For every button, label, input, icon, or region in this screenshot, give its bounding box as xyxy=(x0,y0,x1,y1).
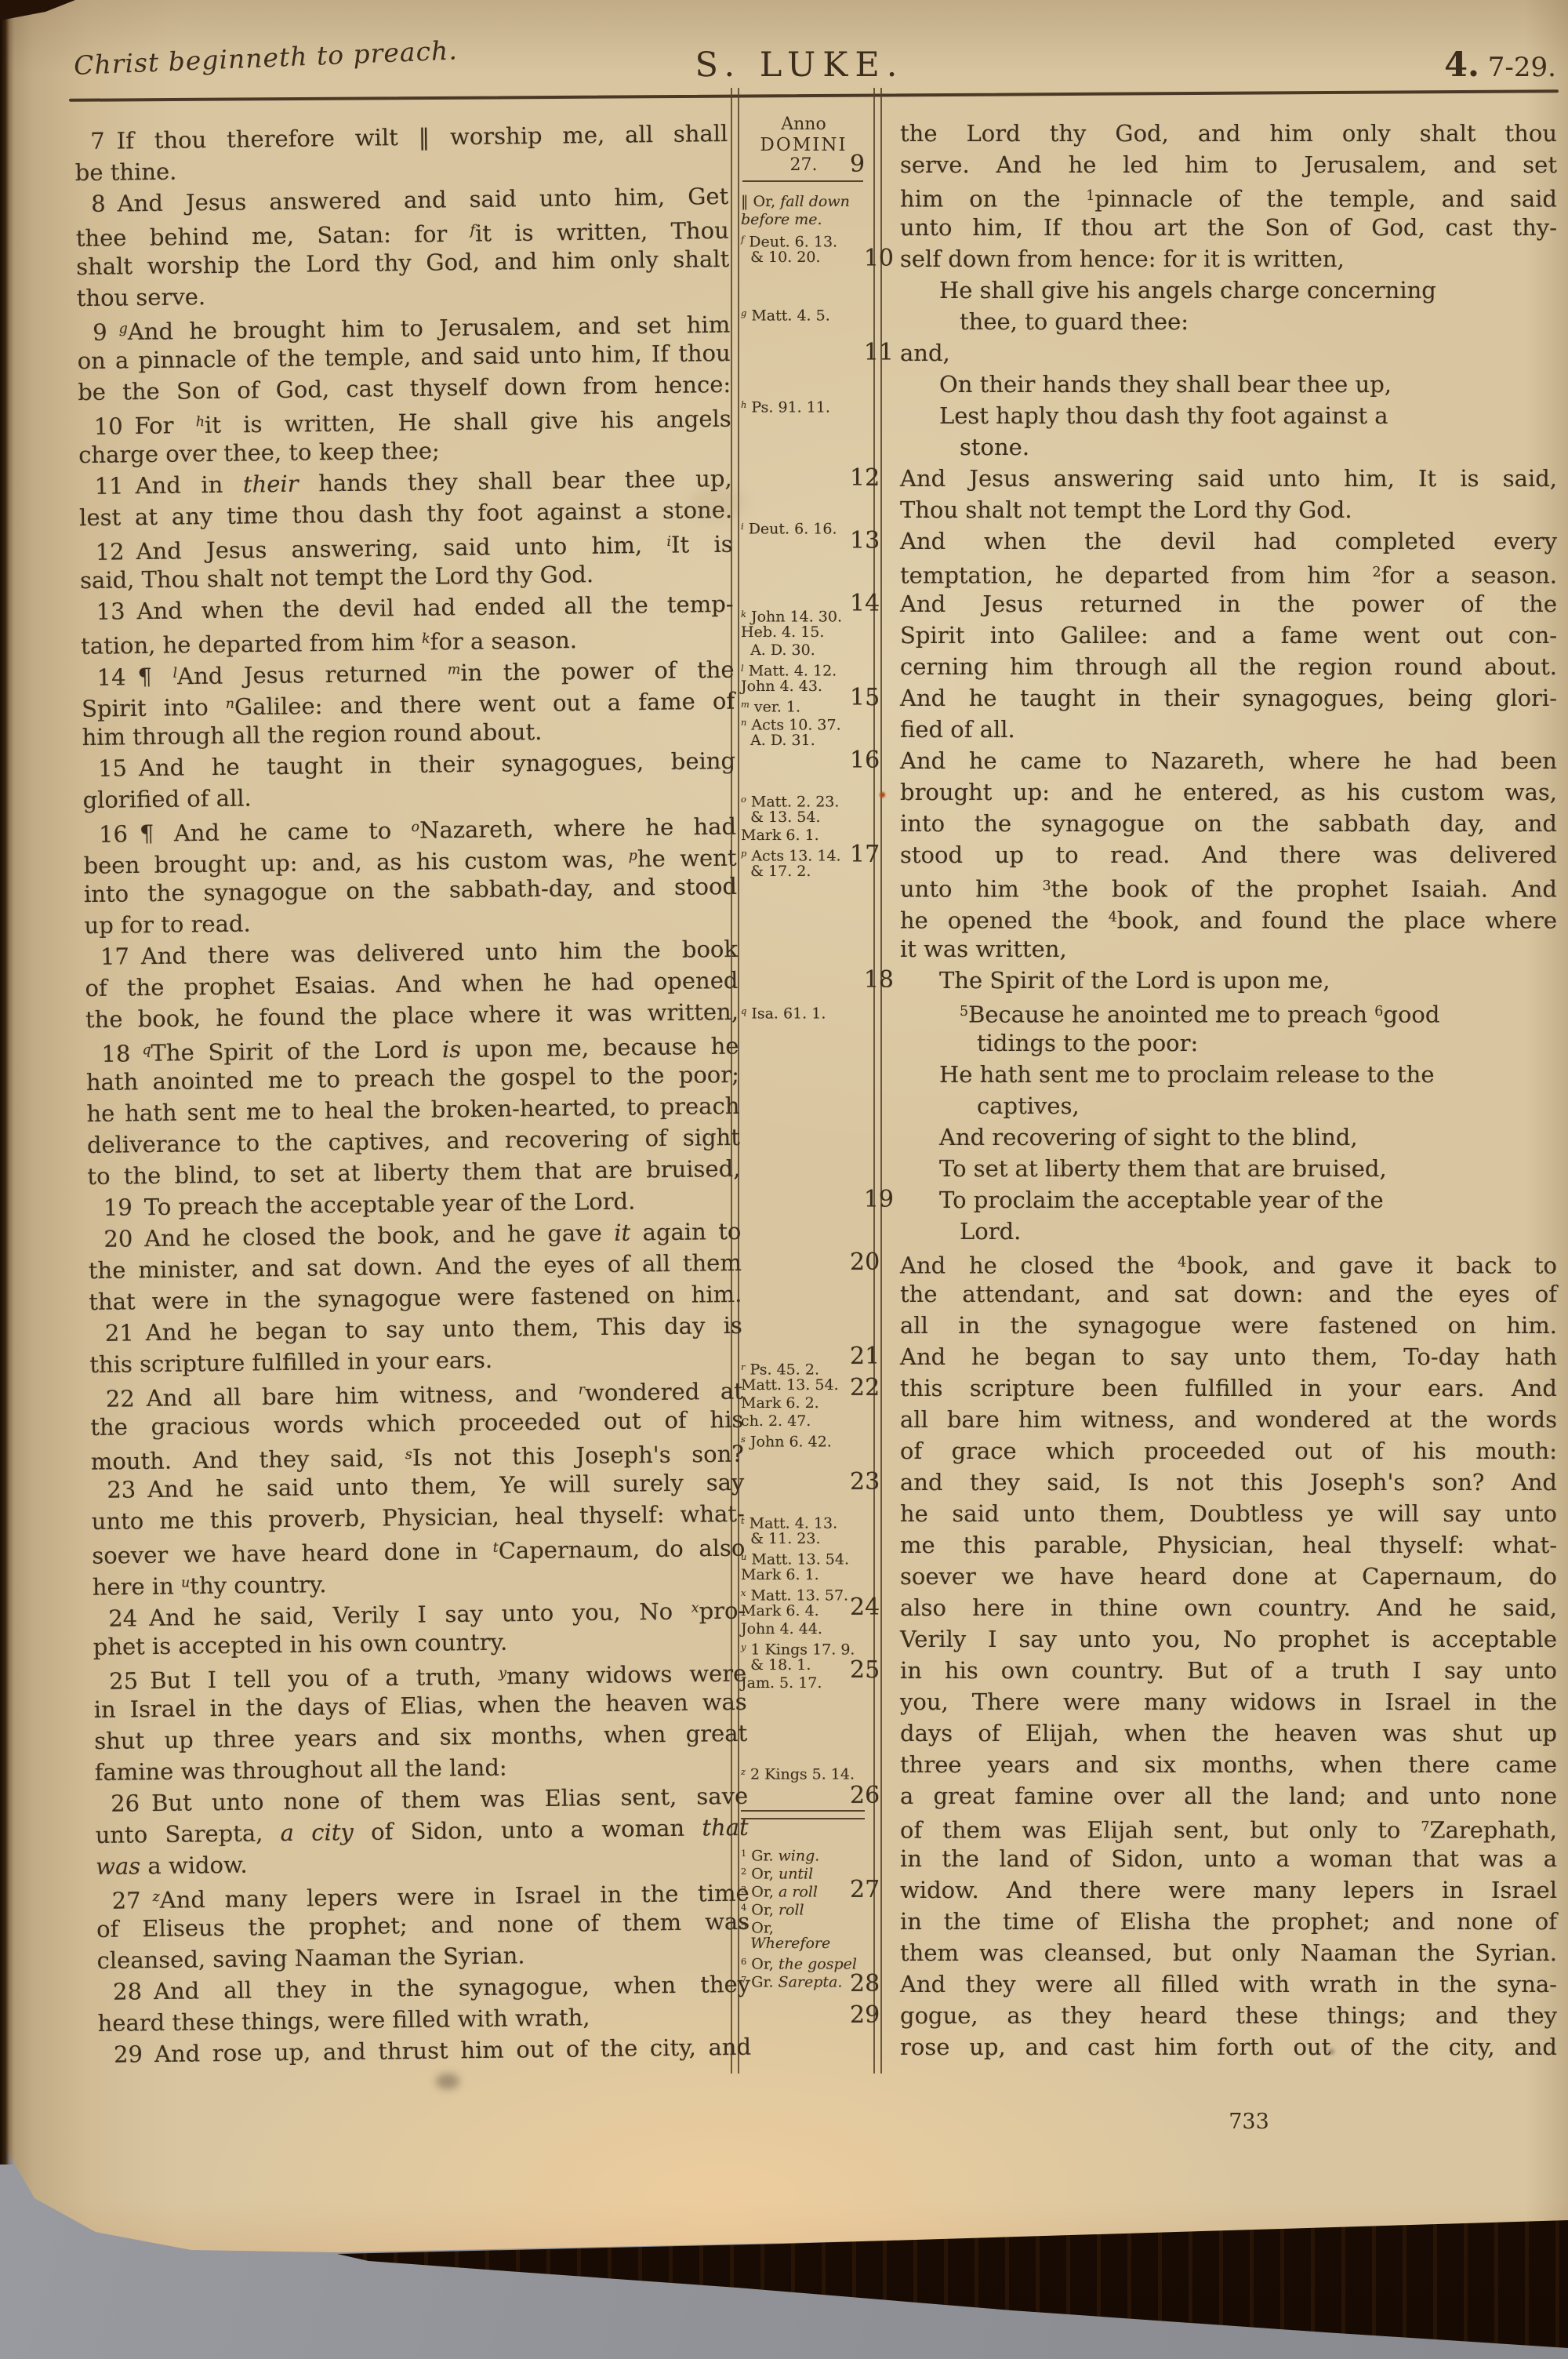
verse-number: 14 xyxy=(96,663,125,690)
margin-note-line: y 1 Kings 17. 9. xyxy=(741,1638,869,1656)
verse-number: 15 xyxy=(98,754,127,781)
margin-note-line: n Acts 10. 37. xyxy=(741,714,869,732)
anno-rule xyxy=(742,180,863,182)
verse-number: 14 xyxy=(850,588,894,620)
margin-note-line: & 13. 54. xyxy=(741,809,869,827)
page-number: 733 xyxy=(1186,2110,1312,2134)
text-line: temptation, he departed from him 2for a … xyxy=(900,557,1557,588)
text-line: he said unto them, Doubtless ye will say… xyxy=(900,1498,1557,1529)
verse-number: 25 xyxy=(850,1655,894,1686)
verse-number: 29 xyxy=(850,2000,894,2031)
margin-note-block: q Isa. 61. 1. xyxy=(741,1002,869,1020)
verse-number: 27 xyxy=(112,1887,141,1914)
verse-number: 23 xyxy=(107,1476,136,1503)
column-divider-right-a xyxy=(873,88,875,2074)
verse-number: 20 xyxy=(103,1225,132,1252)
text-line: 12And Jesus answering said unto him, It … xyxy=(900,463,1557,494)
margin-note-line: q Isa. 61. 1. xyxy=(741,1002,869,1020)
verse-number: 10 xyxy=(94,413,123,439)
text-line: me this parable, Physician, heal thyself… xyxy=(900,1529,1557,1561)
text-line: captives, xyxy=(900,1090,1557,1121)
margin-note-line: g Matt. 4. 5. xyxy=(741,304,869,322)
verse-number: 22 xyxy=(106,1385,135,1412)
anno-line: Anno xyxy=(741,114,866,135)
verse-number: 19 xyxy=(850,1184,894,1216)
paper-stain xyxy=(690,486,745,519)
text-line: Thou shalt not tempt the Lord thy God. xyxy=(900,494,1557,525)
margin-note-line: 1 Gr. wing. xyxy=(741,1845,869,1863)
margin-note-line: Heb. 4. 15. xyxy=(741,623,869,642)
margin-note-line: Mark 6. 1. xyxy=(741,1566,869,1584)
text-line: it was written, xyxy=(900,933,1557,965)
anno-line: DOMINI xyxy=(741,135,866,155)
text-line: soever we have heard done at Capernaum, … xyxy=(900,1561,1557,1592)
margin-note-line: Wherefore xyxy=(741,1935,869,1953)
text-line: thee, to guard thee: xyxy=(900,306,1557,337)
text-line: 15And he taught in their synagogues, bei… xyxy=(900,682,1557,714)
text-line: into the synagogue on the sabbath day, a… xyxy=(900,808,1557,839)
text-line: Verily I say unto you, No prophet is acc… xyxy=(900,1623,1557,1655)
verse-number: 16 xyxy=(850,745,894,776)
footnote-divider-rule xyxy=(741,1810,865,1819)
verse-number: 12 xyxy=(95,538,124,565)
text-line: unto him, If thou art the Son of God, ca… xyxy=(900,212,1557,243)
photographed-book-page: Christ beginneth to preach. S. LUKE. 4. … xyxy=(0,0,1568,2359)
verse-number: 26 xyxy=(111,1790,140,1816)
verse-number: 8 xyxy=(91,191,106,217)
verse-number: 20 xyxy=(850,1247,894,1278)
text-line: 20And he closed the 4book, and gave it b… xyxy=(900,1247,1557,1278)
margin-note-line: A. D. 30. xyxy=(741,642,869,660)
text-line: unto him 3the book of the prophet Isaiah… xyxy=(900,871,1557,902)
verse-number: 28 xyxy=(113,1978,142,2005)
verse-number: 11 xyxy=(94,472,123,499)
margin-note-line: 5 Or, xyxy=(741,1917,869,1935)
margin-note-line: & 11. 23. xyxy=(741,1530,869,1548)
text-line: rose up, and cast him forth out of the c… xyxy=(900,2031,1557,2063)
verse-number: 23 xyxy=(850,1467,894,1498)
verse-number: 9 xyxy=(93,318,107,345)
margin-note-block: k John 14. 30.Heb. 4. 15. A. D. 30.l Mat… xyxy=(741,605,869,750)
paper-smudge xyxy=(436,2074,459,2089)
verse-number: 11 xyxy=(850,337,894,369)
verse-number: 19 xyxy=(103,1194,132,1220)
column-divider-right-b xyxy=(880,88,882,2074)
verse-number: 26 xyxy=(850,1780,894,1812)
verse-number: 27 xyxy=(850,1874,894,1906)
text-line: the attendant, and sat down: and the eye… xyxy=(900,1278,1557,1310)
text-line: brought up: and he entered, as his custo… xyxy=(900,776,1557,808)
text-line: To set at liberty them that are bruised, xyxy=(900,1153,1557,1184)
text-line: them was cleansed, but only Naaman the S… xyxy=(900,1937,1557,1968)
verse-number: 9 xyxy=(850,149,894,180)
verse-number: 25 xyxy=(109,1667,138,1694)
verse-number: 28 xyxy=(850,1968,894,2000)
text-line: three years and six months, when there c… xyxy=(900,1749,1557,1780)
text-line: 19To proclaim the acceptable year of the xyxy=(900,1184,1557,1216)
text-line: fied of all. xyxy=(900,714,1557,745)
margin-note-line: h Ps. 91. 11. xyxy=(741,396,869,414)
margin-note-line: s John 6. 42. xyxy=(741,1430,869,1448)
verse-number: 21 xyxy=(105,1319,134,1346)
margin-note-line: o Matt. 2. 23. xyxy=(741,791,869,809)
text-line: in the land of Sidon, unto a woman that … xyxy=(900,1843,1557,1874)
text-line: He shall give his angels charge concerni… xyxy=(900,274,1557,306)
anno-line: 27. xyxy=(741,155,866,176)
text-line: cerning him through all the region round… xyxy=(900,651,1557,682)
margin-note-line: before me. xyxy=(741,211,869,229)
verse-number: 17 xyxy=(100,943,129,969)
text-line: all in the synagogue were fastened on hi… xyxy=(900,1310,1557,1341)
margin-note-line: l Matt. 4. 12. xyxy=(741,660,869,678)
text-line: 18The Spirit of the Lord is upon me, xyxy=(900,965,1557,996)
verse-number: 13 xyxy=(850,525,894,557)
anno-domini-heading: Anno DOMINI 27. xyxy=(741,114,866,176)
text-line: 11and, xyxy=(900,337,1557,369)
text-line: 14And Jesus returned in the power of the xyxy=(900,588,1557,620)
margin-note-line: ‖ Or, fall down xyxy=(741,193,869,211)
text-line: of grace which proceeded out of his mout… xyxy=(900,1435,1557,1467)
book-title: S. LUKE. xyxy=(674,45,925,85)
text-line: 29gogue, as they heard these things; and… xyxy=(900,2000,1557,2031)
rv-text-column: the Lord thy God, and him only shalt tho… xyxy=(900,118,1557,2063)
text-line: 13And when the devil had completed every xyxy=(900,525,1557,557)
margin-note-line: z 2 Kings 5. 14. xyxy=(741,1763,869,1781)
text-line: 22this scripture been fulfilled in your … xyxy=(900,1372,1557,1404)
verse-number: 18 xyxy=(101,1040,130,1067)
verse-number: 24 xyxy=(850,1592,894,1623)
text-line: tidings to the poor: xyxy=(900,1027,1557,1059)
verse-number: 7 xyxy=(90,128,105,154)
text-line: 28And they were all filled with wrath in… xyxy=(900,1968,1557,2000)
text-line: all bare him witness, and wondered at th… xyxy=(900,1404,1557,1435)
text-line: him on the 1pinnacle of the temple, and … xyxy=(900,180,1557,212)
text-line: 5Because he anointed me to preach 6good xyxy=(900,996,1557,1027)
text-line: 9serve. And he led him to Jerusalem, and… xyxy=(900,149,1557,180)
chapter-verse-ref: 4. 7-29. xyxy=(1388,45,1556,85)
verse-number: 12 xyxy=(850,463,894,494)
text-line: 27widow. And there were many lepers in I… xyxy=(900,1874,1557,1906)
verse-number: 10 xyxy=(850,243,894,274)
verse-number: 21 xyxy=(850,1341,894,1372)
red-ink-dot xyxy=(880,792,885,798)
paper-fleck xyxy=(1328,2048,1334,2055)
kjv-text-column: 7If thou therefore wilt ‖ worship me, al… xyxy=(74,118,751,2070)
text-line: He hath sent me to proclaim release to t… xyxy=(900,1059,1557,1090)
text-line: 26a great famine over all the land; and … xyxy=(900,1780,1557,1812)
margin-note-block: 1 Gr. wing.2 Or, until3 Or, a roll4 Or, … xyxy=(741,1845,869,1989)
verse-number: 13 xyxy=(96,598,125,624)
verse-number: 22 xyxy=(850,1372,894,1404)
text-line: you, There were many widows in Israel in… xyxy=(900,1686,1557,1717)
text-line: 25in his own country. But of a truth I s… xyxy=(900,1655,1557,1686)
text-line: And recovering of sight to the blind, xyxy=(900,1121,1557,1153)
verse-range-text: 7-29. xyxy=(1488,52,1556,83)
text-line: Lest haply thou dash thy foot against a xyxy=(900,400,1557,431)
verse-number: 17 xyxy=(850,839,894,871)
chapter-number: 4. xyxy=(1444,45,1479,85)
margin-note-line: ch. 2. 47. xyxy=(741,1412,869,1430)
margin-note-block: h Ps. 91. 11. xyxy=(741,396,869,414)
verse-number: 16 xyxy=(99,820,128,847)
verse-number: 29 xyxy=(114,2041,143,2067)
verse-number: 24 xyxy=(108,1605,137,1631)
text-line: On their hands they shall bear thee up, xyxy=(900,369,1557,400)
text-line: 10self down from hence: for it is writte… xyxy=(900,243,1557,274)
margin-note-block: z 2 Kings 5. 14. xyxy=(741,1763,869,1781)
text-line: he opened the 4book, and found the place… xyxy=(900,902,1557,933)
margin-note-line: t Matt. 4. 13. xyxy=(741,1512,869,1530)
text-line: 17stood up to read. And there was delive… xyxy=(900,839,1557,871)
verse-number: 15 xyxy=(850,682,894,714)
margin-note-line: u Matt. 13. 54. xyxy=(741,1548,869,1566)
verse-number: 18 xyxy=(850,965,894,996)
text-line: the Lord thy God, and him only shalt tho… xyxy=(900,118,1557,149)
text-line: Spirit into Galilee: and a fame went out… xyxy=(900,620,1557,651)
book-spine-edge xyxy=(0,0,14,2165)
text-line: 23and they said, Is not this Joseph's so… xyxy=(900,1467,1557,1498)
text-line: 16And he came to Nazareth, where he had … xyxy=(900,745,1557,776)
text-line: 24also here in thine own country. And he… xyxy=(900,1592,1557,1623)
text-line: of them was Elijah sent, but only to 7Za… xyxy=(900,1812,1557,1843)
text-line: days of Elijah, when the heaven was shut… xyxy=(900,1717,1557,1749)
margin-note-block: ‖ Or, fall downbefore me. xyxy=(741,193,869,229)
verse-range xyxy=(1479,52,1488,83)
text-line: in the time of Elisha the prophet; and n… xyxy=(900,1906,1557,1937)
margin-note-block: g Matt. 4. 5. xyxy=(741,304,869,322)
text-line: Lord. xyxy=(900,1216,1557,1247)
text-line: 21And he began to say unto them, To-day … xyxy=(900,1341,1557,1372)
text-line: stone. xyxy=(900,431,1557,463)
